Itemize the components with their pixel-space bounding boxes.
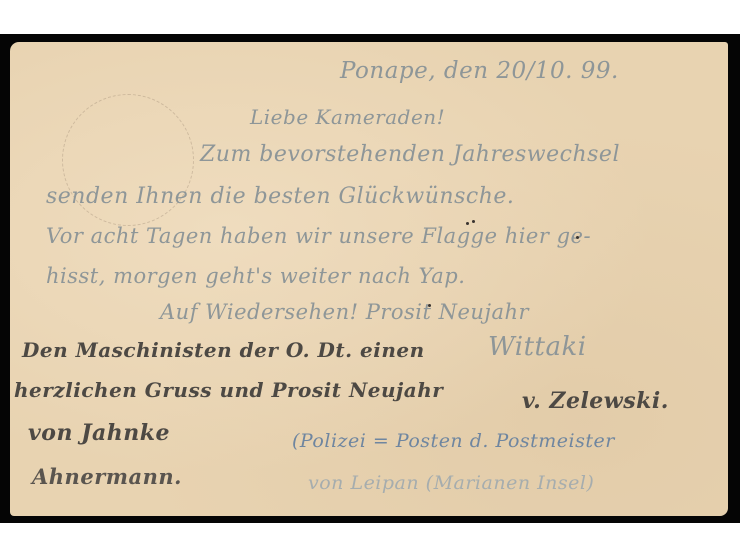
letter-line-3: Vor acht Tagen haben wir unsere Flagge h…: [46, 224, 591, 248]
greeting-line: Liebe Kameraden!: [250, 105, 445, 129]
ink-line-2: herzlichen Gruss und Prosit Neujahr: [14, 378, 443, 402]
ink-line-4: Ahnermann.: [32, 464, 182, 489]
ink-speck: [466, 222, 469, 225]
postcard: Ponape, den 20/10. 99. Liebe Kameraden! …: [10, 42, 728, 516]
ink-speck: [472, 220, 475, 223]
blue-pencil-note-line-1: (Polizei = Posten d. Postmeister: [292, 430, 615, 452]
ink-signature: v. Zelewski.: [522, 388, 669, 414]
pencil-signature: Wittaki: [488, 332, 587, 362]
ink-speck: [428, 304, 431, 307]
letter-line-4: hisst, morgen geht's weiter nach Yap.: [46, 264, 465, 288]
letter-line-5: Auf Wiedersehen! Prosit Neujahr: [160, 300, 529, 324]
ink-line-3: von Jahnke: [28, 420, 170, 446]
ink-line-1: Den Maschinisten der O. Dt. einen: [22, 338, 425, 362]
blue-pencil-note-line-2: von Leipan (Marianen Insel): [308, 472, 594, 494]
ink-speck: [576, 236, 579, 239]
letter-line-2: senden Ihnen die besten Glückwünsche.: [46, 184, 514, 209]
place-date-line: Ponape, den 20/10. 99.: [340, 58, 619, 84]
letter-line-1: Zum bevorstehenden Jahreswechsel: [200, 142, 620, 167]
